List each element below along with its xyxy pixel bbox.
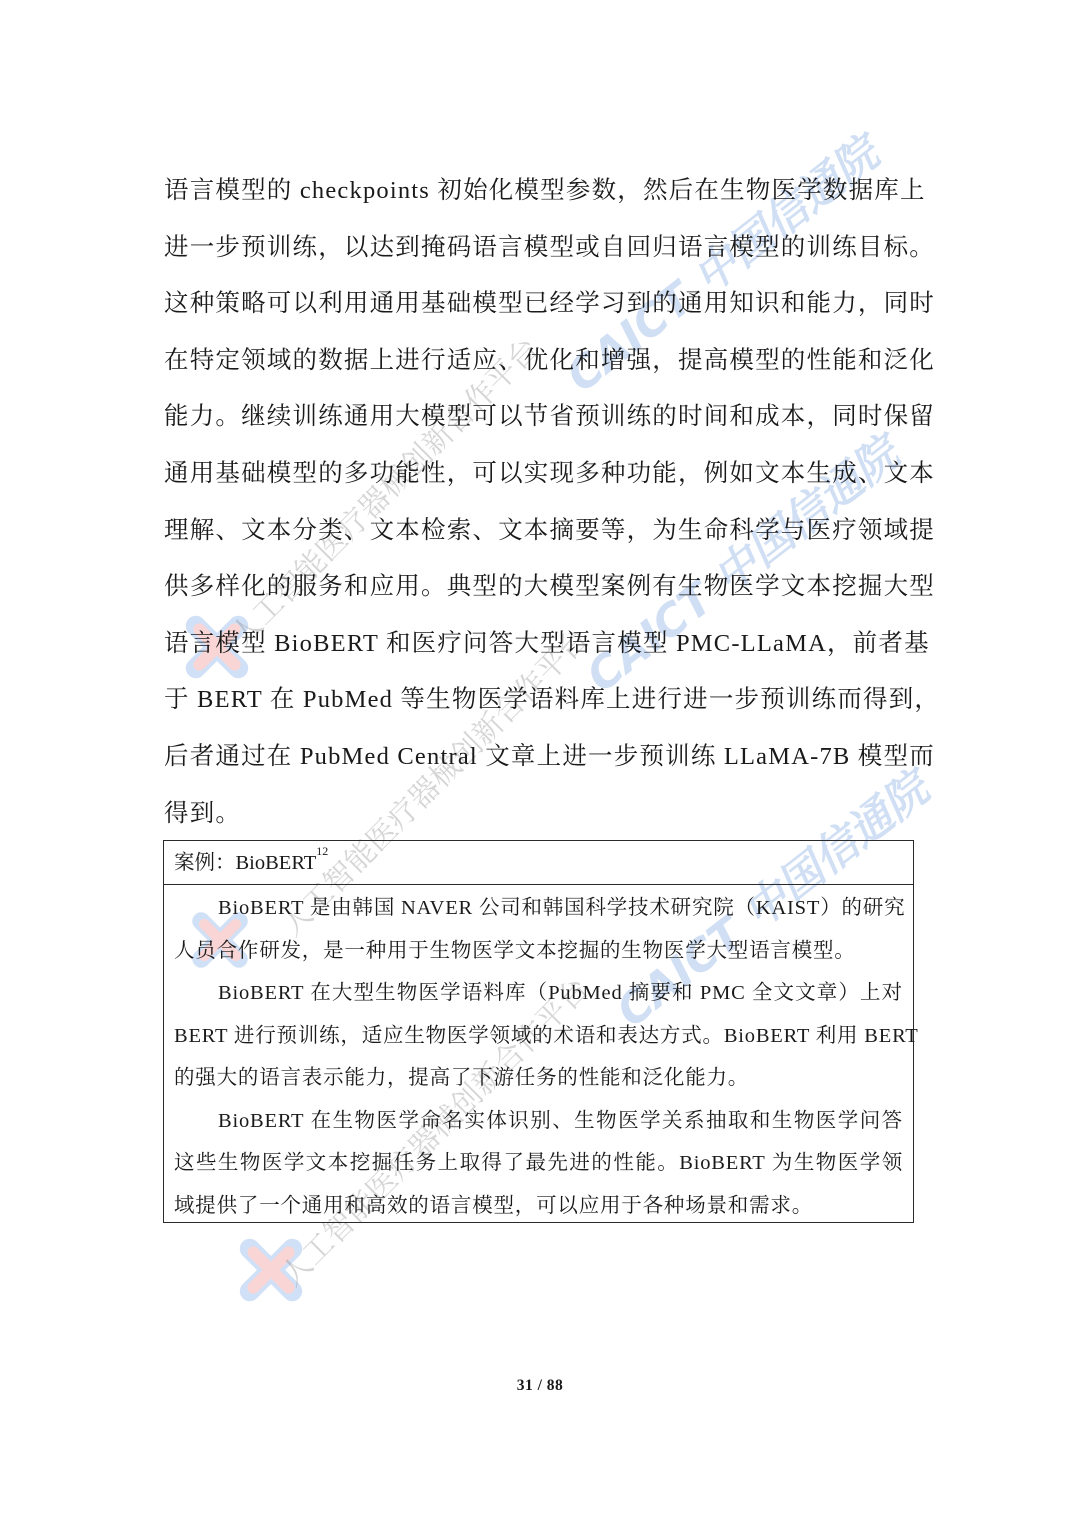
case-study-title: 案例：BioBERT12 (164, 841, 913, 885)
footnote-reference[interactable]: 12 (316, 844, 328, 858)
body-line: 供多样化的服务和应用。典型的大模型案例有生物医学文本挖掘大型 (164, 559, 916, 616)
body-line: 后者通过在 PubMed Central 文章上进一步预训练 LLaMA-7B … (164, 729, 916, 786)
body-paragraph: 语言模型的 checkpoints 初始化模型参数，然后在生物医学数据库上 进一… (164, 163, 916, 842)
case-line: 的强大的语言表示能力，提高了下游任务的性能和泛化能力。 (174, 1057, 903, 1100)
body-line: 语言模型的 checkpoints 初始化模型参数，然后在生物医学数据库上 (164, 163, 916, 220)
body-line: 语言模型 BioBERT 和医疗问答大型语言模型 PMC-LLaMA，前者基 (164, 616, 916, 673)
body-line: 在特定领域的数据上进行适应、优化和增强，提高模型的性能和泛化 (164, 333, 916, 390)
body-line: 这种策略可以利用通用基础模型已经学习到的通用知识和能力，同时 (164, 276, 916, 333)
case-line: BioBERT 在大型生物医学语料库（PubMed 摘要和 PMC 全文文章）上… (174, 972, 903, 1015)
body-line: 能力。继续训练通用大模型可以节省预训练的时间和成本，同时保留 (164, 389, 916, 446)
case-line: 人员合作研发，是一种用于生物医学文本挖掘的生物医学大型语言模型。 (174, 930, 903, 973)
case-line: BERT 进行预训练，适应生物医学领域的术语和表达方式。BioBERT 利用 B… (174, 1015, 903, 1058)
body-line: 于 BERT 在 PubMed 等生物医学语料库上进行进一步预训练而得到， (164, 672, 916, 729)
case-line: BioBERT 在生物医学命名实体识别、生物医学关系抽取和生物医学问答 (174, 1100, 903, 1143)
body-line: 得到。 (164, 786, 916, 843)
case-title-text: 案例：BioBERT (174, 852, 316, 874)
page-number: 31 / 88 (0, 1377, 1080, 1395)
document-page: CAICT 中国信通院 CAICT 中国信通院 CAICT 中国信通院 人工智能… (0, 0, 1080, 1528)
case-line: 这些生物医学文本挖掘任务上取得了最先进的性能。BioBERT 为生物医学领 (174, 1142, 903, 1185)
body-line: 理解、文本分类、文本检索、文本摘要等，为生命科学与医疗领域提 (164, 503, 916, 560)
platform-logo-watermark-icon (226, 1225, 316, 1315)
body-line: 通用基础模型的多功能性，可以实现多种功能，例如文本生成、文本 (164, 446, 916, 503)
case-line: BioBERT 是由韩国 NAVER 公司和韩国科学技术研究院（KAIST）的研… (174, 887, 903, 930)
case-study-body: BioBERT 是由韩国 NAVER 公司和韩国科学技术研究院（KAIST）的研… (164, 887, 913, 1227)
body-line: 进一步预训练，以达到掩码语言模型或自回归语言模型的训练目标。 (164, 220, 916, 277)
case-study-box: 案例：BioBERT12 BioBERT 是由韩国 NAVER 公司和韩国科学技… (163, 840, 914, 1223)
case-line: 域提供了一个通用和高效的语言模型，可以应用于各种场景和需求。 (174, 1185, 903, 1228)
